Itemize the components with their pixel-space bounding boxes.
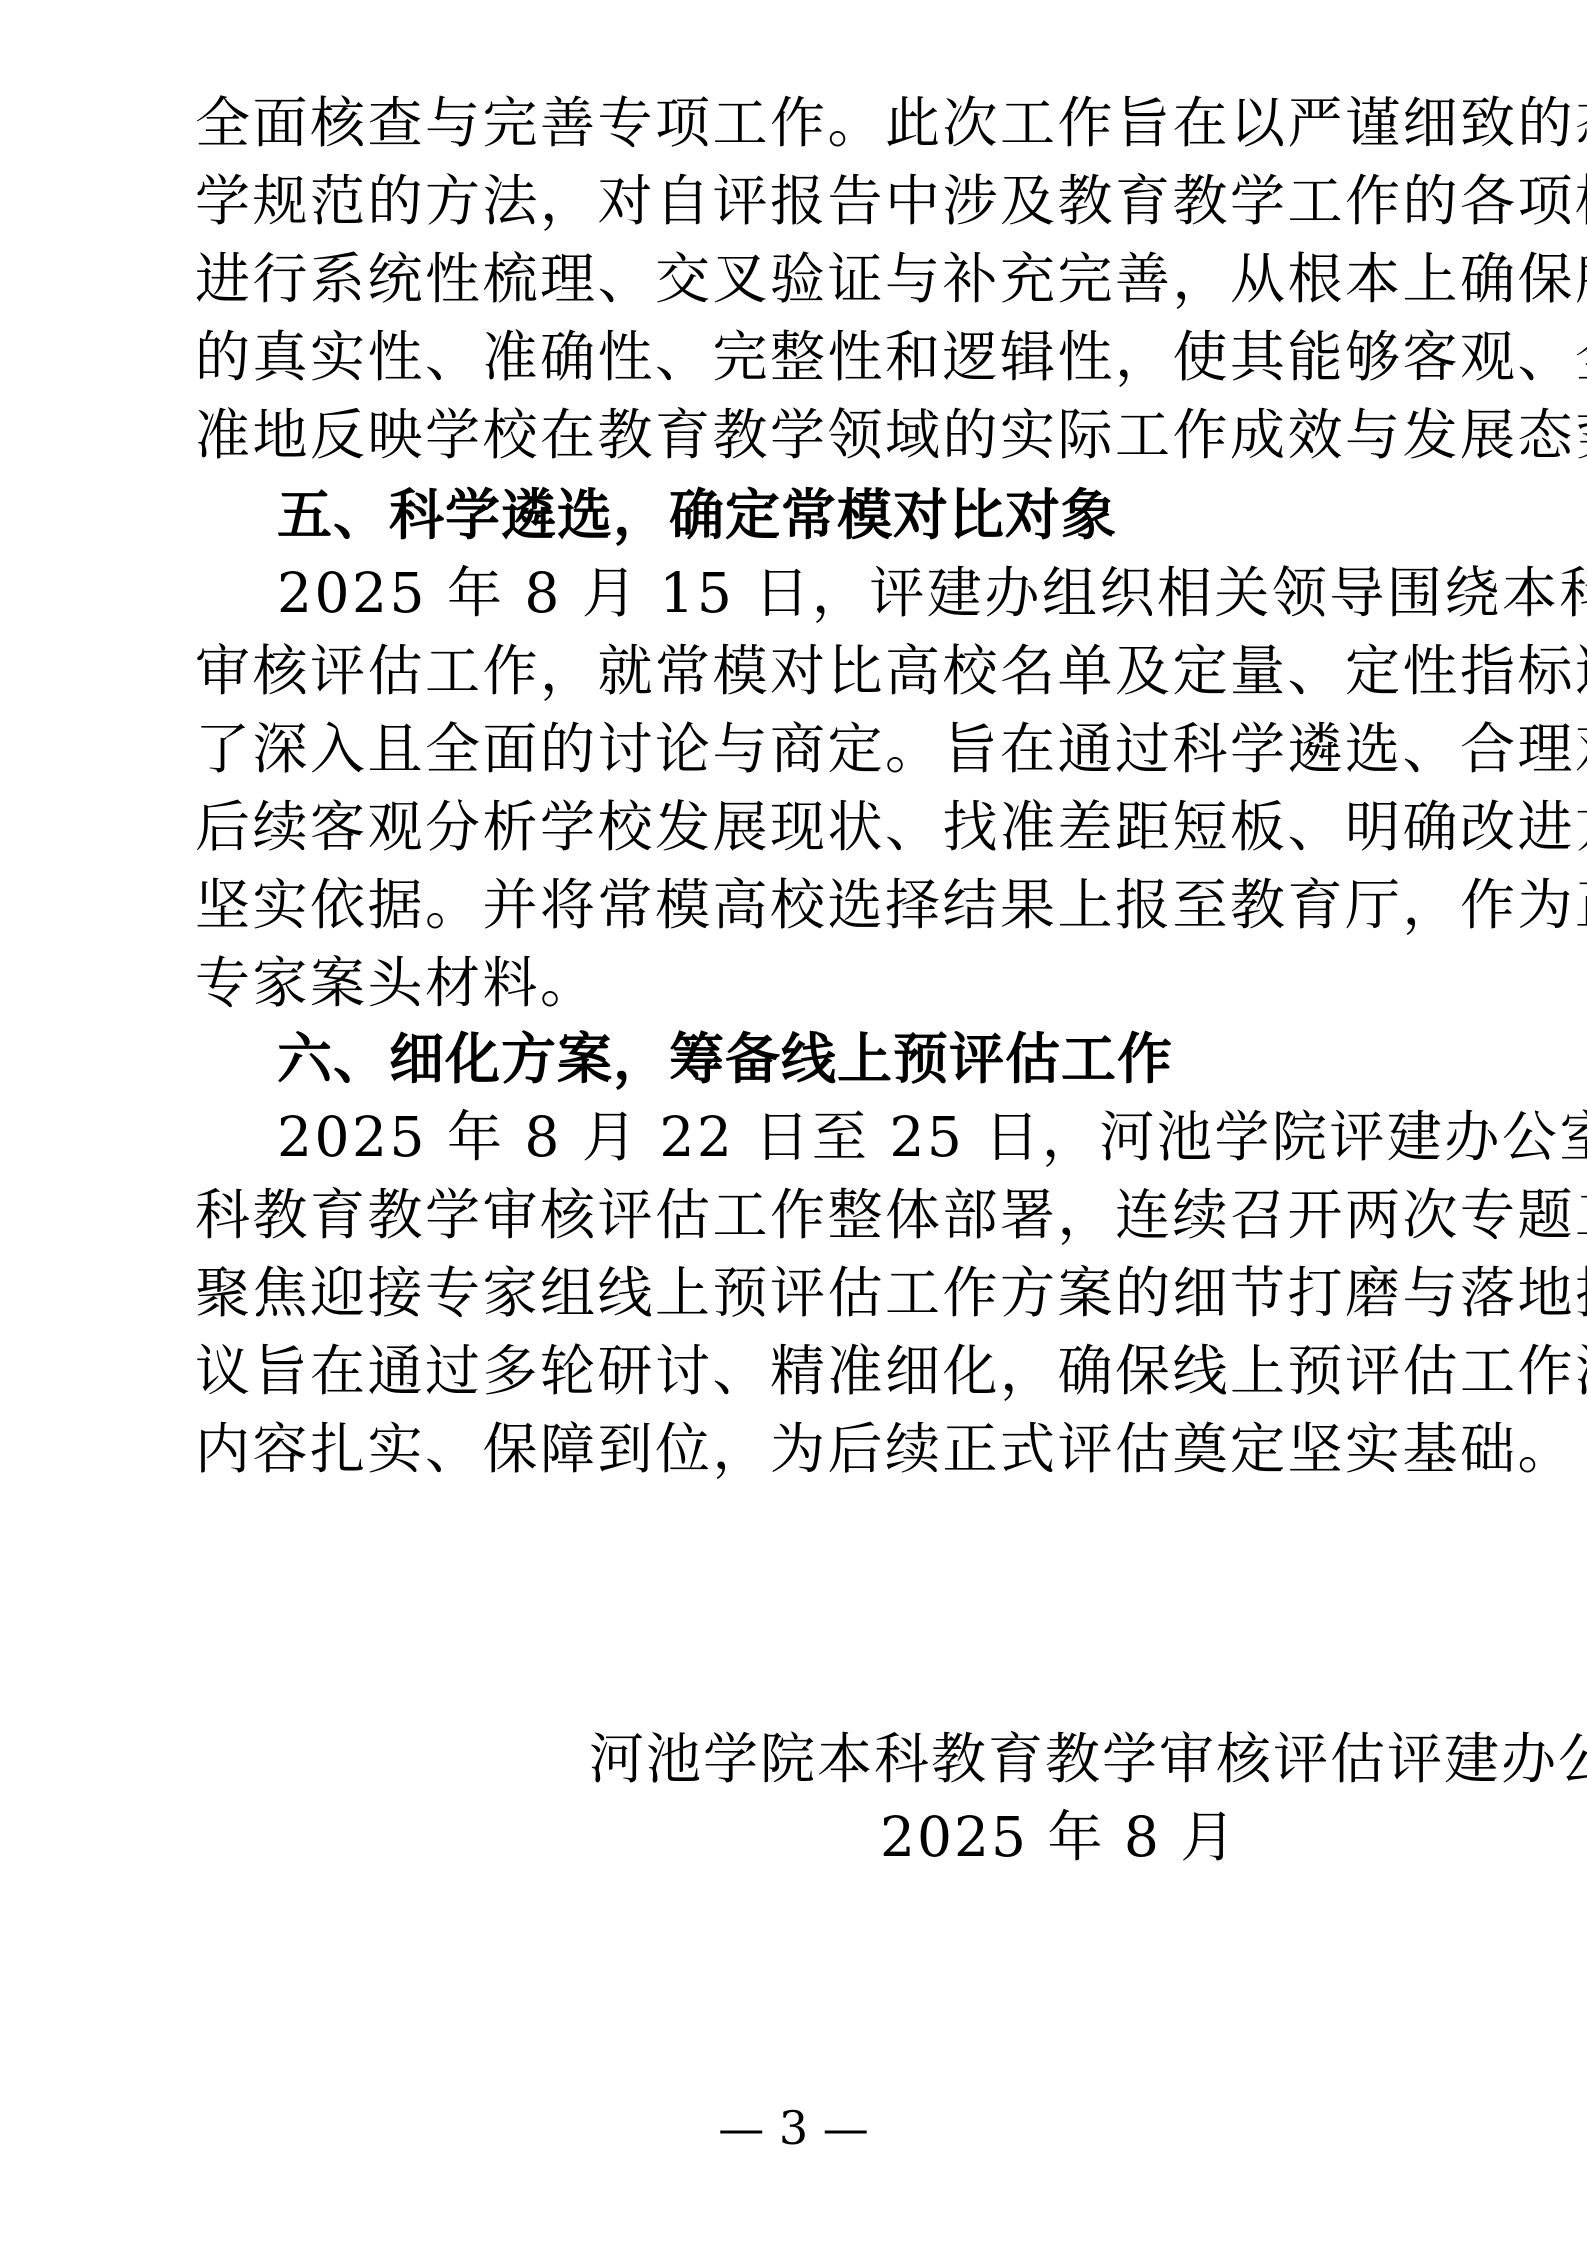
body-line: 审核评估工作，就常模对比高校名单及定量、定性指标选项展开	[195, 632, 1435, 710]
body-line: 的真实性、准确性、完整性和逻辑性，使其能够客观、全面、精	[195, 318, 1435, 396]
body-line: 坚实依据。并将常模高校选择结果上报至教育厅，作为正式评估	[195, 866, 1435, 944]
body-line: 学规范的方法，对自评报告中涉及教育教学工作的各项核心数据	[195, 162, 1435, 240]
body-line: 进行系统性梳理、交叉验证与补充完善，从根本上确保所有数据	[195, 240, 1435, 318]
body-line: 准地反映学校在教育教学领域的实际工作成效与发展态势。	[195, 396, 1435, 474]
body-line: 2025 年 8 月 22 日至 25 日，河池学院评建办公室紧扣学校本	[277, 1098, 1517, 1176]
signature-organization: 河池学院本科教育教学审核评估评建办公室	[589, 1720, 1587, 1798]
body-line: 2025 年 8 月 15 日，评建办组织相关领导围绕本科教育教学	[277, 554, 1517, 632]
body-line: 聚焦迎接专家组线上预评估工作方案的细节打磨与落地推进。会	[195, 1254, 1435, 1332]
body-line: 内容扎实、保障到位，为后续正式评估奠定坚实基础。	[195, 1410, 1435, 1488]
body-line: 了深入且全面的讨论与商定。旨在通过科学遴选、合理对标，为	[195, 710, 1435, 788]
signature-date: 2025 年 8 月	[880, 1798, 1237, 1876]
body-line: 专家案头材料。	[195, 944, 1435, 1022]
body-line: 后续客观分析学校发展现状、找准差距短板、明确改进方向提供	[195, 788, 1435, 866]
section-heading-6: 六、细化方案，筹备线上预评估工作	[277, 1020, 1517, 1098]
body-line: 议旨在通过多轮研讨、精准细化，确保线上预评估工作流程顺畅、	[195, 1332, 1435, 1410]
section-heading-5: 五、科学遴选，确定常模对比对象	[277, 476, 1517, 554]
page-number: — 3 —	[0, 2098, 1587, 2158]
body-line: 全面核查与完善专项工作。此次工作旨在以严谨细致的态度、科	[195, 84, 1435, 162]
body-line: 科教育教学审核评估工作整体部署，连续召开两次专题工作例会，	[195, 1176, 1435, 1254]
